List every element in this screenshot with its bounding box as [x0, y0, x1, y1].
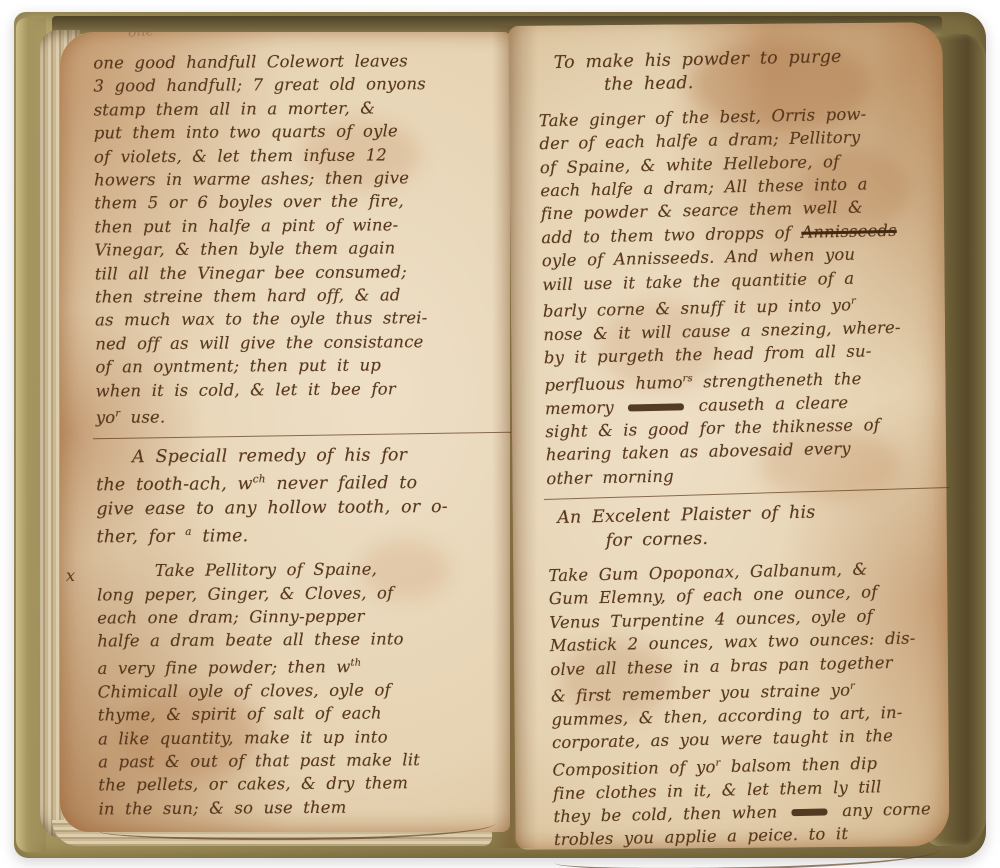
bottom-flourish-line: [554, 848, 940, 868]
manuscript-line: Vinegar, & then byle them again: [95, 236, 509, 262]
manuscript-text: the tooth-ach, w: [96, 475, 253, 496]
purge-powder-recipe: Take ginger of the best, Orris pow-der o…: [539, 101, 949, 491]
superscript-abbreviation: r: [851, 296, 856, 307]
struck-out-word: Annisseeds: [801, 221, 897, 242]
cornes-plaister-title: An Excelent Plaister of hisfor cornes.: [547, 499, 950, 554]
photo-background: one x one good handfull Colewort leaves3…: [0, 0, 1000, 868]
purge-powder-title: To make his powder to purgethe head.: [537, 44, 940, 99]
manuscript-text: strengtheneth the: [693, 369, 862, 392]
section-divider-line: [93, 432, 511, 440]
manuscript-text: use.: [120, 408, 165, 427]
manuscript-text: a very fine powder; then w: [97, 657, 350, 678]
manuscript-line: a very fine powder; then wth: [97, 650, 511, 680]
manuscript-line: the pellets, or cakes, & dry them: [98, 771, 512, 797]
ghost-inscription: one: [127, 23, 154, 41]
manuscript-text: never failed to: [266, 473, 418, 494]
manuscript-line: long peper, Ginger, & Cloves, of: [97, 580, 511, 606]
manuscript-line: each one dram; Ginny-pepper: [97, 604, 511, 630]
margin-x-mark: x: [66, 566, 75, 585]
illegible-strikeout: [792, 808, 828, 816]
manuscript-line: till all the Vinegar bee consumed;: [95, 259, 509, 285]
superscript-abbreviation: th: [350, 657, 361, 668]
cornes-plaister-recipe: Take Gum Opoponax, Galbanum, &Gum Elemny…: [548, 556, 956, 852]
manuscript-line: put them into two quarts of oyle: [94, 119, 508, 145]
toothache-remedy-title: A Speciall remedy of his forthe tooth-ac…: [96, 444, 511, 550]
manuscript-line: in the sun; & so use them: [98, 794, 512, 820]
manuscript-line: give ease to any hollow tooth, or o-: [96, 495, 510, 521]
manuscript-line: when it is cold, & let it bee for: [96, 376, 510, 402]
manuscript-line: A Speciall remedy of his for: [96, 444, 510, 470]
illegible-strikeout: [628, 403, 684, 411]
manuscript-text: any corne: [832, 799, 932, 820]
manuscript-line: 3 good handfull; 7 great old onyons: [93, 72, 507, 98]
pellitory-toothache-recipe: Take Pellitory of Spaine,long peper, Gin…: [97, 557, 513, 821]
manuscript-line: howers in warme ashes; then give: [94, 166, 508, 192]
manuscript-line: the tooth-ach, wch never failed to: [96, 467, 510, 498]
manuscript-text: they be cold, then when: [553, 802, 788, 826]
manuscript-text: Composition of yo: [552, 757, 715, 779]
manuscript-text: balsom then dip: [720, 754, 877, 776]
left-page-text: one good handfull Colewort leaves3 good …: [93, 49, 513, 842]
manuscript-line: halfe a dram beate all these into: [97, 627, 511, 653]
manuscript-line: them 5 or 6 boyles over the fire,: [94, 189, 508, 215]
manuscript-text: time.: [192, 526, 249, 546]
manuscript-line: a past & out of that past make lit: [98, 747, 512, 773]
manuscript-line: then streine them hard off, & ad: [95, 283, 509, 309]
manuscript-line: of an oyntment; then put it up: [95, 353, 509, 379]
manuscript-line: stamp them all in a morter, &: [94, 95, 508, 121]
superscript-abbreviation: ch: [253, 474, 266, 486]
bottom-flourish-line: [99, 822, 497, 842]
manuscript-line: yor use.: [96, 400, 510, 430]
manuscript-line: a like quantity, make it up into: [98, 724, 512, 750]
manuscript-line: then put in halfe a pint of wine-: [94, 212, 508, 238]
manuscript-line: one good handfull Colewort leaves: [93, 49, 507, 75]
right-page-text: To make his powder to purgethe head.Take…: [537, 40, 956, 868]
manuscript-line: ther, for a time.: [97, 519, 511, 550]
manuscript-text: add to them two dropps of: [541, 223, 801, 247]
manuscript-line: thyme, & spirit of salt of each: [98, 701, 512, 727]
manuscript-text: yo: [96, 408, 116, 427]
manuscript-line: of violets, & let them infuse 12: [94, 142, 508, 168]
manuscript-text: memory: [545, 397, 625, 418]
manuscript-line: Take Pellitory of Spaine,: [97, 557, 511, 583]
manuscript-text: causeth a cleare: [688, 392, 848, 414]
superscript-abbreviation: r: [850, 681, 855, 692]
manuscript-line: ned off as will give the consistance: [95, 329, 509, 355]
manuscript-text: ther, for: [97, 527, 186, 548]
colewort-salve-continuation: one good handfull Colewort leaves3 good …: [93, 49, 510, 430]
manuscript-line: as much wax to the oyle thus strei-: [95, 306, 509, 332]
manuscript-line: Chimicall oyle of cloves, oyle of: [98, 677, 512, 703]
manuscript-text: perfluous humo: [544, 373, 683, 395]
